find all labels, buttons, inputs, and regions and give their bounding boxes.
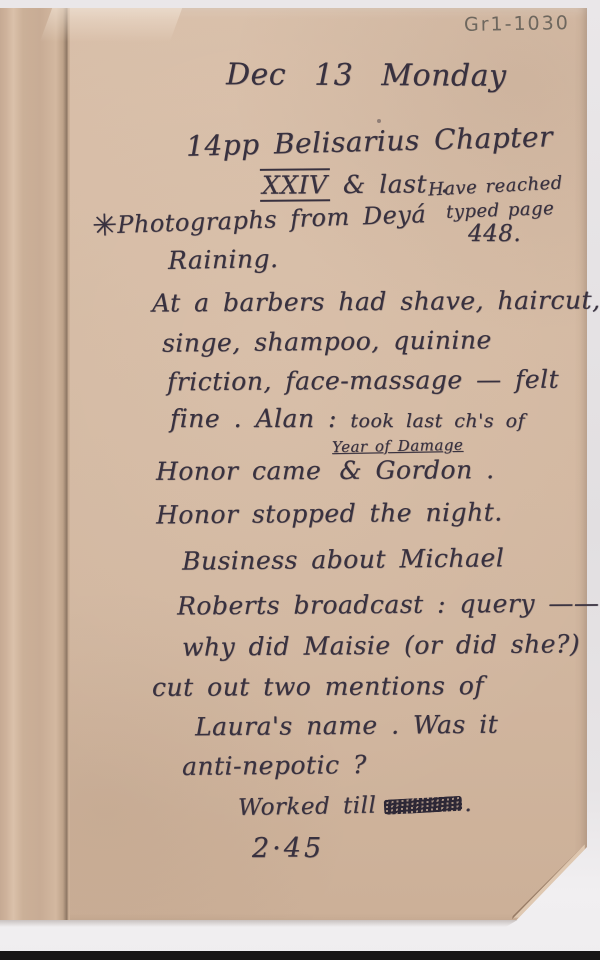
worked-till-line: Worked till. (238, 791, 473, 821)
time-note: 2·45 (252, 833, 324, 864)
scribbled-out-word (384, 796, 463, 815)
honor-line-2: Honor stopped the night. (156, 497, 503, 529)
barber-line-4-small: took last ch's of (350, 410, 525, 432)
year-of-damage-note: Year of Damage (332, 436, 464, 456)
broadcast-line-5: Laura's name . Was it (195, 710, 498, 742)
barber-line-3: friction, face-massage — felt (167, 365, 559, 397)
chapter-number-line: XXIV & last . (260, 169, 449, 200)
weather-line: Raining. (168, 244, 279, 275)
barber-line-2: singe, shampoo, quinine (162, 325, 492, 357)
worked-till-period: . (464, 791, 472, 817)
photographs-text: Photographs from Deyá (117, 200, 427, 239)
dog-ear-corner (512, 842, 587, 920)
paper-speck (377, 119, 381, 123)
scanned-diary-page: Gr1-1030 Dec 13 Monday 14pp Belisarius C… (0, 0, 600, 960)
archive-mark: Gr1-1030 (464, 12, 570, 36)
worked-till-text: Worked till (238, 793, 377, 821)
paper-edge-shadow (0, 920, 588, 927)
top-fold-highlight (40, 8, 182, 42)
margin-note-page-number: 448. (468, 221, 521, 247)
honor-line-1a: Honor came (156, 456, 321, 486)
broadcast-line-3: why did Maisie (or did she?) (182, 629, 580, 661)
honor-line-1b: & Gordon . (339, 455, 494, 485)
barber-line-1: At a barbers had shave, haircut, (152, 285, 600, 317)
margin-note-line-2: typed page (446, 198, 555, 223)
date-heading: Dec 13 Monday (226, 57, 507, 93)
barber-line-4-main: fine . Alan : (170, 404, 337, 433)
chapter-numeral: XXIV (260, 168, 330, 202)
broadcast-line-4: cut out two mentions of (152, 671, 484, 702)
scan-bottom-band (0, 951, 600, 960)
barber-line-4: fine . Alan : took last ch's of (170, 404, 525, 433)
broadcast-line-6: anti-nepotic ? (182, 750, 367, 781)
asterisk-marker: ✳ (91, 208, 117, 244)
broadcast-line-1: Business about Michael (182, 543, 505, 575)
honor-line-1: Honor came& Gordon . (156, 455, 495, 486)
left-fold-crease (0, 8, 70, 920)
broadcast-line-2: Roberts broadcast : query —— (177, 589, 600, 621)
